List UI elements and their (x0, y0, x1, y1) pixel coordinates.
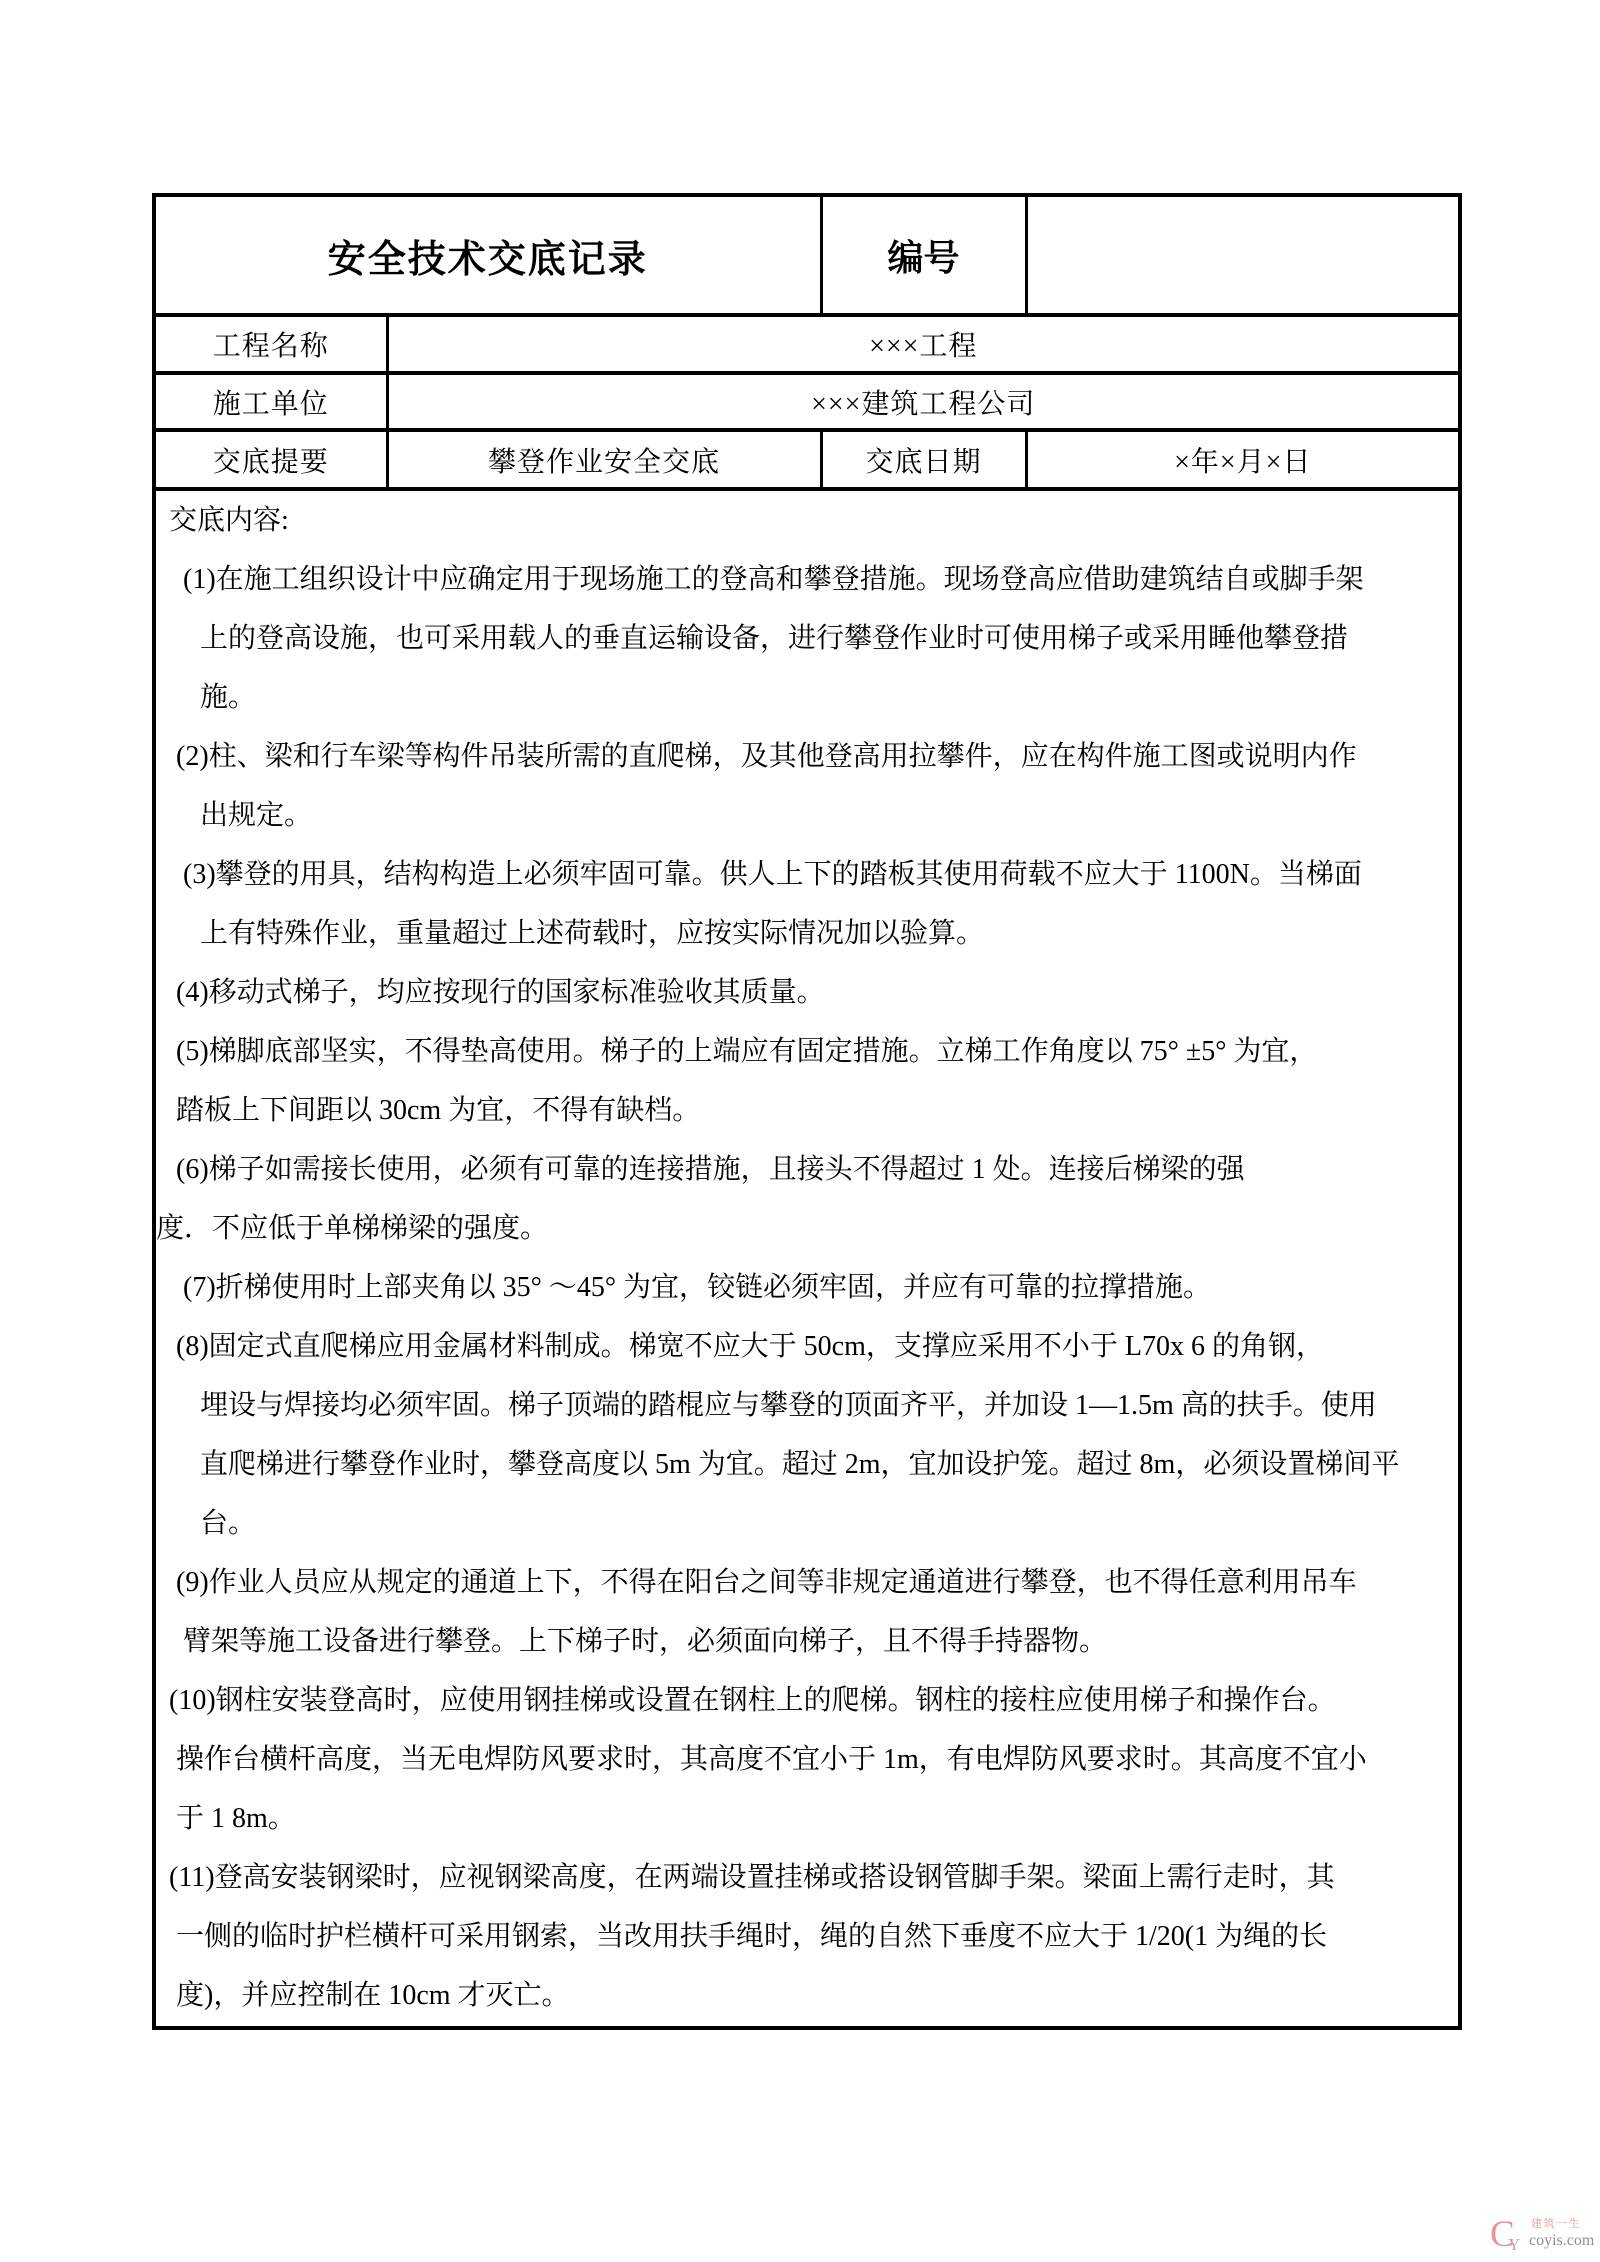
summary-value: 攀登作业安全交底 (387, 430, 821, 489)
number-label: 编号 (888, 238, 960, 278)
number-value-cell (1026, 195, 1460, 315)
content-line: (6)梯子如需接长使用，必须有可靠的连接措施，且接头不得超过 1 处。连接后梯梁… (156, 1140, 1458, 1199)
content-line: 一侧的临时护栏横杆可采用钢索，当改用扶手绳时，绳的自然下垂度不应大于 1/20(… (156, 1907, 1458, 1966)
content-cell: 交底内容:(1)在施工组织设计中应确定用于现场施工的登高和攀登措施。现场登高应借… (154, 489, 1460, 2028)
content-line: 交底内容: (156, 491, 1458, 550)
watermark-site-text: coyis.com (1529, 2233, 1594, 2249)
content-line: 直爬梯进行攀登作业时，攀登高度以 5m 为宜。超过 2m，宜加设护笼。超过 8m… (156, 1435, 1458, 1494)
date-label: 交底日期 (821, 430, 1026, 489)
date-value: ×年×月×日 (1026, 430, 1460, 489)
content-line: (3)攀登的用具，结构构造上必须牢固可靠。供人上下的踏板其使用荷载不应大于 11… (156, 845, 1458, 904)
content-line: (10)钢柱安装登高时，应使用钢挂梯或设置在钢柱上的爬梯。钢柱的接柱应使用梯子和… (156, 1671, 1458, 1730)
watermark-cn-text: 建筑一生 (1531, 2219, 1581, 2230)
content-line: 操作台横杆高度，当无电焊防风要求时，其高度不宜小于 1m，有电焊防风要求时。其高… (156, 1730, 1458, 1789)
document-page: 安全技术交底记录 编号 工程名称 ×××工程 施工单位 ×××建筑工程公司 交底… (0, 0, 1600, 2262)
content-line: 出规定。 (156, 786, 1458, 845)
content-line: 于 1 8m。 (156, 1789, 1458, 1848)
document-title-cell: 安全技术交底记录 (154, 195, 821, 315)
content-line: 台。 (156, 1494, 1458, 1553)
content-line: 度．不应低于单梯梯梁的强度。 (156, 1199, 1458, 1258)
contractor-value: ×××建筑工程公司 (387, 373, 1460, 430)
content-line: 上有特殊作业，重量超过上述荷载时，应按实际情况加以验算。 (156, 904, 1458, 963)
project-name-label: 工程名称 (154, 315, 387, 373)
contractor-label: 施工单位 (154, 373, 387, 430)
watermark: C Y 建筑一生 coyis.com (1490, 2216, 1600, 2262)
content-line: (8)固定式直爬梯应用金属材料制成。梯宽不应大于 50cm，支撑应采用不小于 L… (156, 1317, 1458, 1376)
content-line: 踏板上下间距以 30cm 为宜，不得有缺档。 (156, 1081, 1458, 1140)
summary-label: 交底提要 (154, 430, 387, 489)
content-lines: 交底内容:(1)在施工组织设计中应确定用于现场施工的登高和攀登措施。现场登高应借… (156, 491, 1458, 2025)
content-line: 度)，并应控制在 10cm 才灭亡。 (156, 1966, 1458, 2025)
content-line: 埋设与焊接均必须牢固。梯子顶端的踏棍应与攀登的顶面齐平，并加设 1—1.5m 高… (156, 1376, 1458, 1435)
document-title: 安全技术交底记录 (328, 239, 648, 281)
content-line: (5)梯脚底部坚实，不得垫高使用。梯子的上端应有固定措施。立梯工作角度以 75°… (156, 1022, 1458, 1081)
content-line: (2)柱、梁和行车梁等构件吊装所需的直爬梯，及其他登高用拉攀件，应在构件施工图或… (156, 727, 1458, 786)
content-line: 臂架等施工设备进行攀登。上下梯子时，必须面向梯子，且不得手持器物。 (156, 1612, 1458, 1671)
number-label-cell: 编号 (821, 195, 1026, 315)
record-table: 安全技术交底记录 编号 工程名称 ×××工程 施工单位 ×××建筑工程公司 交底… (152, 193, 1462, 2030)
content-line: (11)登高安装钢梁时，应视钢梁高度，在两端设置挂梯或搭设钢管脚手架。梁面上需行… (156, 1848, 1458, 1907)
content-line: 施。 (156, 668, 1458, 727)
content-line: 上的登高设施，也可采用载人的垂直运输设备，进行攀登作业时可使用梯子或采用睡他攀登… (156, 609, 1458, 668)
watermark-logo-y-icon: Y (1508, 2236, 1520, 2253)
content-line: (1)在施工组织设计中应确定用于现场施工的登高和攀登措施。现场登高应借助建筑结自… (156, 550, 1458, 609)
content-line: (9)作业人员应从规定的通道上下，不得在阳台之间等非规定通道进行攀登，也不得任意… (156, 1553, 1458, 1612)
project-name-value: ×××工程 (387, 315, 1460, 373)
content-line: (7)折梯使用时上部夹角以 35° ～45° 为宜，铰链必须牢固，并应有可靠的拉… (156, 1258, 1458, 1317)
content-line: (4)移动式梯子，均应按现行的国家标准验收其质量。 (156, 963, 1458, 1022)
